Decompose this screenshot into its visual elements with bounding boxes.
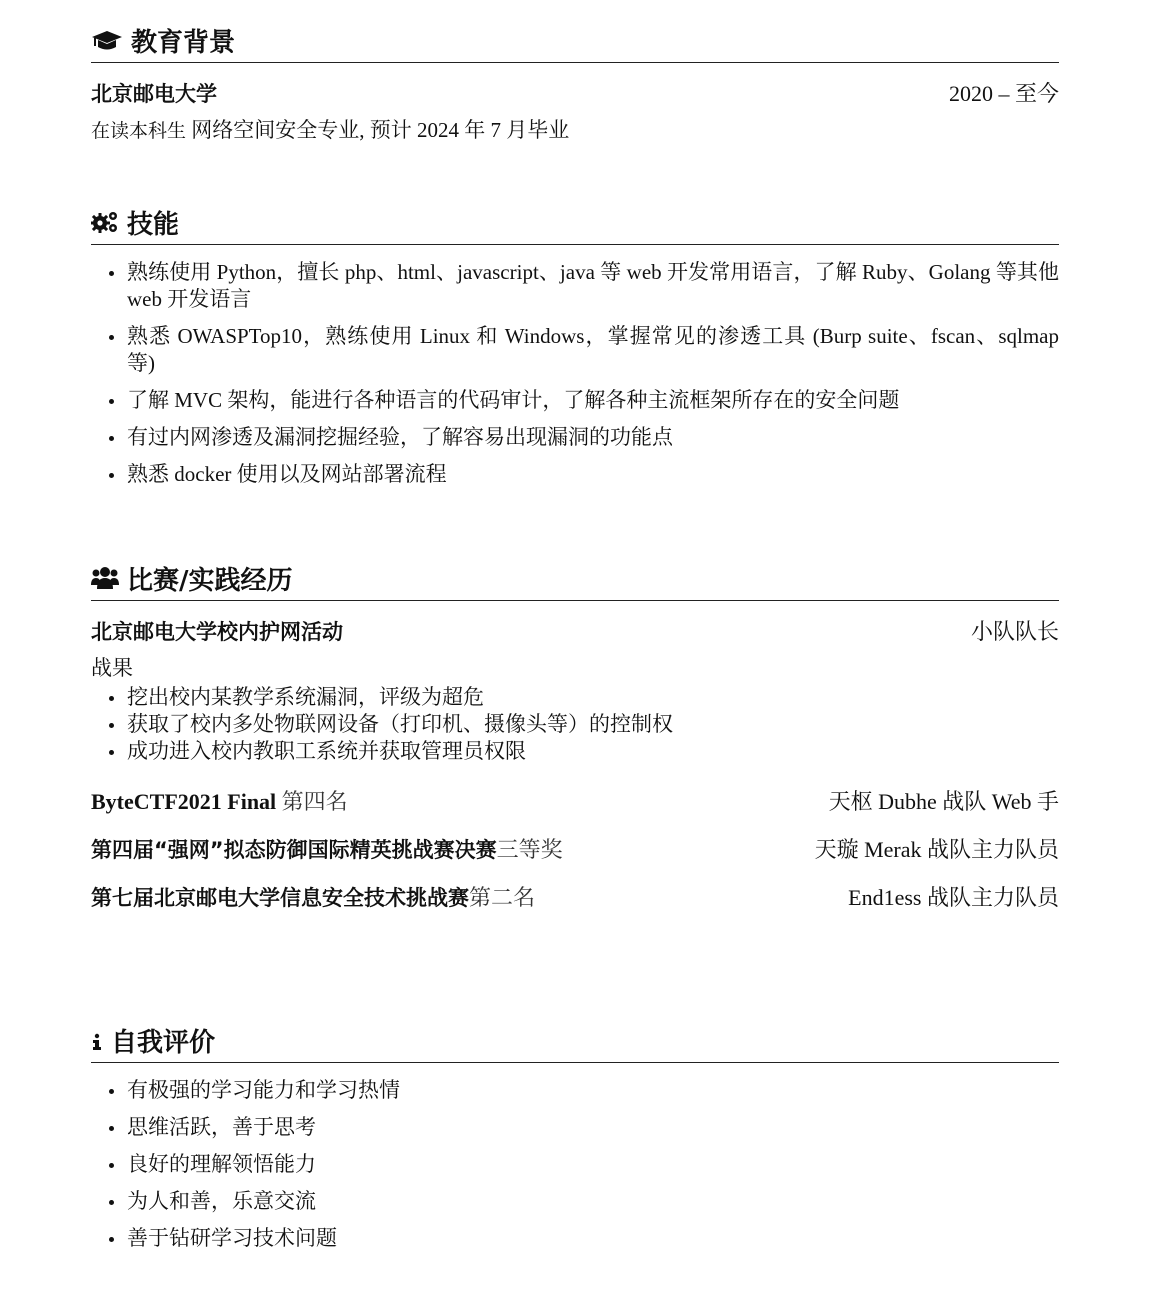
competition-name: ByteCTF2021 Final	[91, 789, 276, 814]
education-section: 教育背景 北京邮电大学 2020 – 至今 在读本科生 网络空间安全专业, 预计…	[91, 20, 1059, 144]
skill-item: 熟练使用 Python，擅长 php、html、javascript、java …	[91, 259, 1059, 313]
competition-role: End1ess 战队主力队员	[848, 881, 1059, 912]
gears-icon	[91, 209, 119, 235]
skill-item: 熟悉 docker 使用以及网站部署流程	[91, 461, 1059, 488]
skills-heading-text: 技能	[127, 204, 179, 241]
experience-heading-text: 比赛/实践经历	[127, 560, 293, 597]
self-eval-list: 有极强的学习能力和学习热情 思维活跃，善于思考 良好的理解领悟能力 为人和善，乐…	[91, 1077, 1059, 1252]
activity-entry: 北京邮电大学校内护网活动 小队队长	[91, 615, 1059, 646]
self-eval-heading-text: 自我评价	[111, 1022, 215, 1059]
education-heading: 教育背景	[91, 20, 1059, 60]
self-eval-item: 为人和善，乐意交流	[91, 1188, 1059, 1215]
skills-divider	[91, 244, 1059, 245]
results-list: 挖出校内某教学系统漏洞，评级为超危 获取了校内多处物联网设备（打印机、摄像头等）…	[91, 684, 1059, 765]
education-period: 2020 – 至今	[949, 77, 1059, 108]
competition-entry: 第四届“强网”拟态防御国际精英挑战赛决赛三等奖 天璇 Merak 战队主力队员	[91, 833, 1059, 864]
school-name: 北京邮电大学	[91, 78, 217, 108]
competition-entry: ByteCTF2021 Final 第四名 天枢 Dubhe 战队 Web 手	[91, 785, 1059, 816]
competition-rank: 三等奖	[497, 837, 563, 862]
competition-role: 天枢 Dubhe 战队 Web 手	[829, 785, 1059, 816]
education-detail-line: 在读本科生 网络空间安全专业, 预计 2024 年 7 月毕业	[91, 114, 1059, 144]
self-eval-section: 自我评价 有极强的学习能力和学习热情 思维活跃，善于思考 良好的理解领悟能力 为…	[91, 1020, 1059, 1252]
activity-role: 小队队长	[971, 615, 1059, 646]
users-icon	[91, 565, 119, 591]
skill-item: 熟悉 OWASPTop10，熟练使用 Linux 和 Windows，掌握常见的…	[91, 323, 1059, 377]
skills-section: 技能 熟练使用 Python，擅长 php、html、javascript、ja…	[91, 202, 1059, 488]
self-eval-item: 良好的理解领悟能力	[91, 1151, 1059, 1178]
competition-rank: 第四名	[276, 789, 348, 814]
experience-heading: 比赛/实践经历	[91, 558, 1059, 598]
education-divider	[91, 62, 1059, 63]
self-eval-item: 思维活跃，善于思考	[91, 1114, 1059, 1141]
skills-heading: 技能	[91, 202, 1059, 242]
result-item: 成功进入校内教职工系统并获取管理员权限	[91, 738, 1059, 765]
info-icon	[91, 1028, 103, 1052]
competition-rank: 第二名	[469, 885, 535, 910]
graduation-cap-icon	[91, 28, 123, 52]
competition-entry: 第七届北京邮电大学信息安全技术挑战赛第二名 End1ess 战队主力队员	[91, 881, 1059, 912]
education-heading-text: 教育背景	[131, 22, 235, 59]
result-item: 获取了校内多处物联网设备（打印机、摄像头等）的控制权	[91, 711, 1059, 738]
skills-list: 熟练使用 Python，擅长 php、html、javascript、java …	[91, 259, 1059, 488]
self-eval-item: 善于钻研学习技术问题	[91, 1225, 1059, 1252]
skill-item: 了解 MVC 架构，能进行各种语言的代码审计，了解各种主流框架所存在的安全问题	[91, 387, 1059, 414]
competition-name: 第四届“强网”拟态防御国际精英挑战赛决赛	[91, 838, 497, 862]
competition-title: 第七届北京邮电大学信息安全技术挑战赛第二名	[91, 881, 535, 912]
competition-role: 天璇 Merak 战队主力队员	[815, 833, 1059, 864]
competition-name: 第七届北京邮电大学信息安全技术挑战赛	[91, 886, 469, 910]
skill-item: 有过内网渗透及漏洞挖掘经验，了解容易出现漏洞的功能点	[91, 424, 1059, 451]
major-detail: 网络空间安全专业, 预计 2024 年 7 月毕业	[191, 118, 569, 142]
education-entry: 北京邮电大学 2020 – 至今	[91, 77, 1059, 108]
result-item: 挖出校内某教学系统漏洞，评级为超危	[91, 684, 1059, 711]
degree: 在读本科生	[91, 120, 186, 142]
self-eval-heading: 自我评价	[91, 1020, 1059, 1060]
competition-title: ByteCTF2021 Final 第四名	[91, 785, 348, 816]
results-label: 战果	[91, 652, 1059, 682]
self-eval-item: 有极强的学习能力和学习热情	[91, 1077, 1059, 1104]
competition-title: 第四届“强网”拟态防御国际精英挑战赛决赛三等奖	[91, 833, 563, 864]
activity-title: 北京邮电大学校内护网活动	[91, 616, 343, 646]
self-eval-divider	[91, 1062, 1059, 1063]
experience-section: 比赛/实践经历 北京邮电大学校内护网活动 小队队长 战果 挖出校内某教学系统漏洞…	[91, 558, 1059, 912]
experience-divider	[91, 600, 1059, 601]
